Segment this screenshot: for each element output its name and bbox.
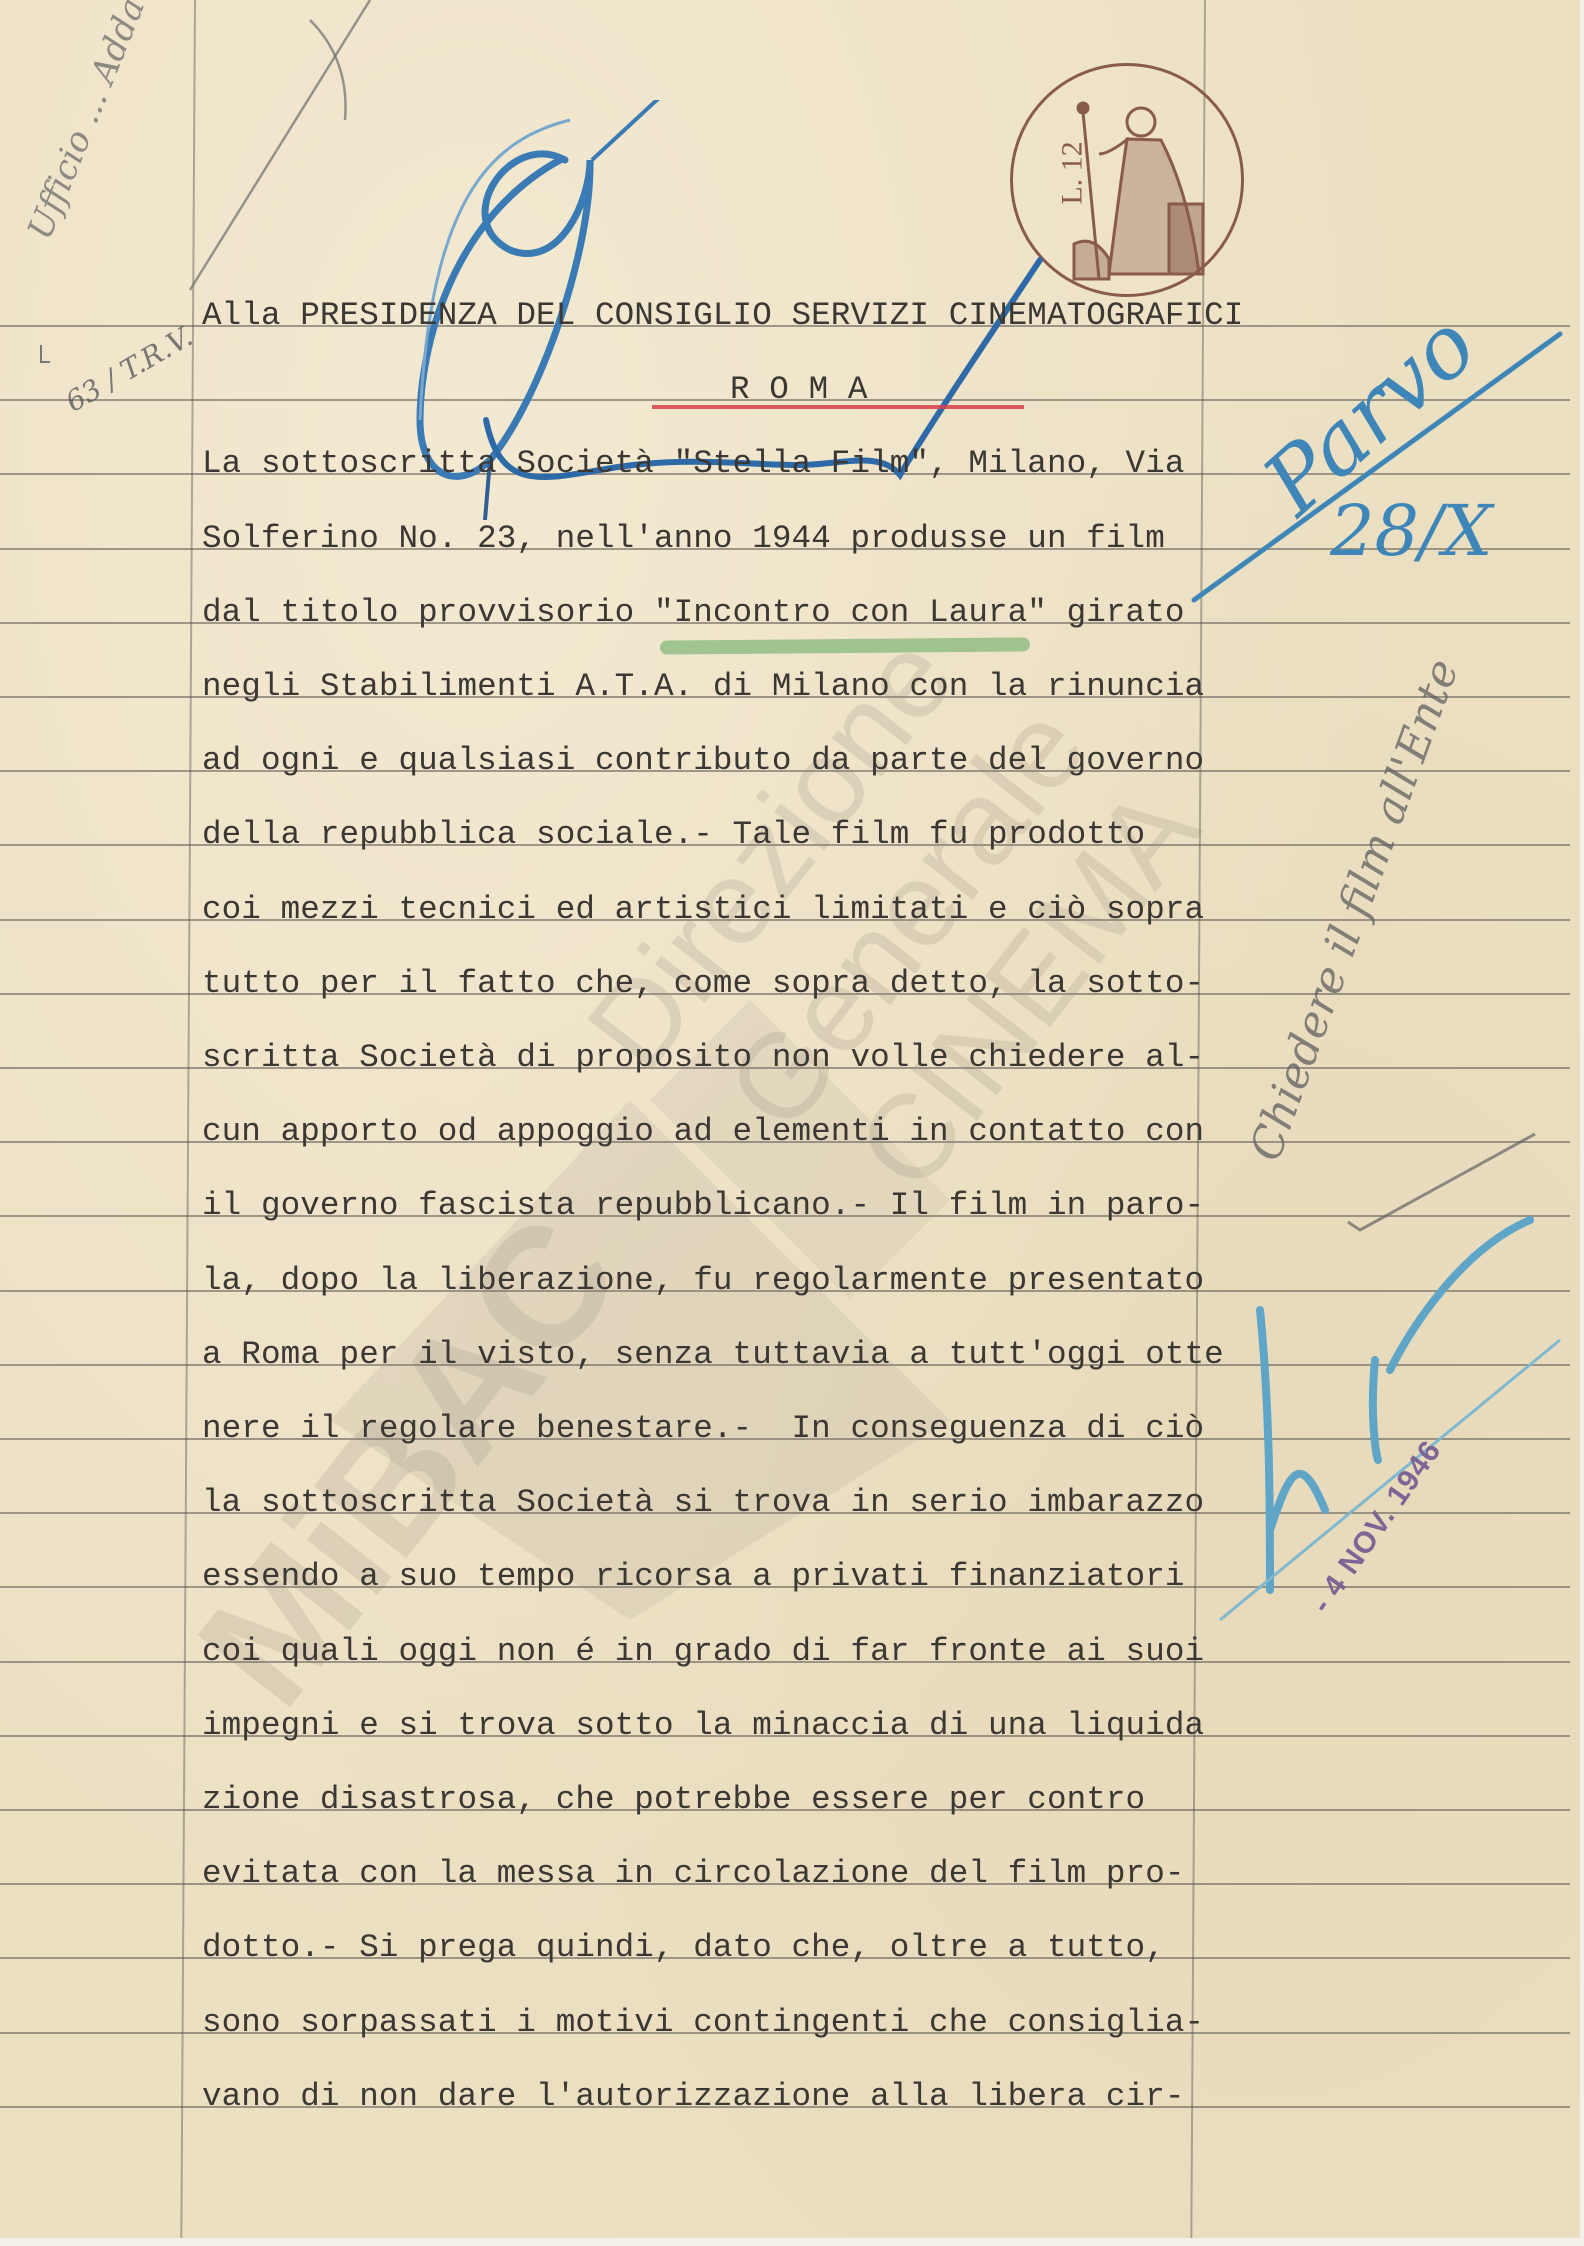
letter-line: vano di non dare l'autorizzazione alla l… (202, 2081, 1185, 2114)
pencil-strike-line-icon (180, 0, 380, 300)
letter-line: ad ogni e qualsiasi contributo da parte … (202, 745, 1204, 778)
letter-line: il governo fascista repubblicano.- Il fi… (202, 1190, 1204, 1223)
blue-signature-initials-icon (1200, 1210, 1580, 1630)
document-page: Direzione Generale CINEMA MiBAC L. 12 (0, 0, 1580, 2238)
left-margin-reference-text: 63 / T.R.V. (60, 320, 198, 419)
city-line: R O M A (730, 374, 868, 407)
seated-italia-figure-icon (1069, 84, 1229, 284)
letter-line: evitata con la messa in circolazione del… (202, 1858, 1185, 1891)
watermark-emblem-icon (330, 1000, 950, 1620)
right-blue-date: 28/X (1330, 490, 1493, 572)
letter-line: coi mezzi tecnici ed artistici limitati … (202, 894, 1204, 927)
letter-line: essendo a suo tempo ricorsa a privati fi… (202, 1561, 1185, 1594)
letter-line: la, dopo la liberazione, fu regolarmente… (202, 1265, 1204, 1298)
letter-line: cun apporto od appoggio ad elementi in c… (202, 1116, 1204, 1149)
letter-line: La sottoscritta Società "Stella Film", M… (202, 448, 1185, 481)
left-margin-tick (40, 345, 50, 363)
green-highlight-mark (660, 637, 1030, 654)
right-pencil-note: Chiedere il film all'Ente (1240, 680, 1459, 1167)
letter-line: scritta Società di proposito non volle c… (202, 1042, 1204, 1075)
letter-line: tutto per il fatto che, come sopra detto… (202, 968, 1204, 1001)
letter-line: coi quali oggi non é in grado di far fro… (202, 1636, 1204, 1669)
letter-line: dotto.- Si prega quindi, dato che, oltre… (202, 1932, 1165, 1965)
addressee-line: Alla PRESIDENZA DEL CONSIGLIO SERVIZI CI… (202, 300, 1243, 333)
letter-line: negli Stabilimenti A.T.A. di Milano con … (202, 671, 1204, 704)
letter-line: nere il regolare benestare.- In consegue… (202, 1413, 1204, 1446)
letter-line: Solferino No. 23, nell'anno 1944 produss… (202, 523, 1165, 556)
letter-line: impegni e si trova sotto la minaccia di … (202, 1710, 1204, 1743)
letter-line: a Roma per il visto, senza tuttavia a tu… (202, 1339, 1224, 1372)
left-margin-reference: 63 / T.R.V. (60, 320, 198, 419)
letter-line: dal titolo provvisorio "Incontro con Lau… (202, 597, 1185, 630)
letter-line: la sottoscritta Società si trova in seri… (202, 1487, 1204, 1520)
letter-line: zione disastrosa, che potrebbe essere pe… (202, 1784, 1145, 1817)
letter-line: della repubblica sociale.- Tale film fu … (202, 819, 1145, 852)
letter-line: sono sorpassati i motivi contingenti che… (202, 2007, 1204, 2040)
